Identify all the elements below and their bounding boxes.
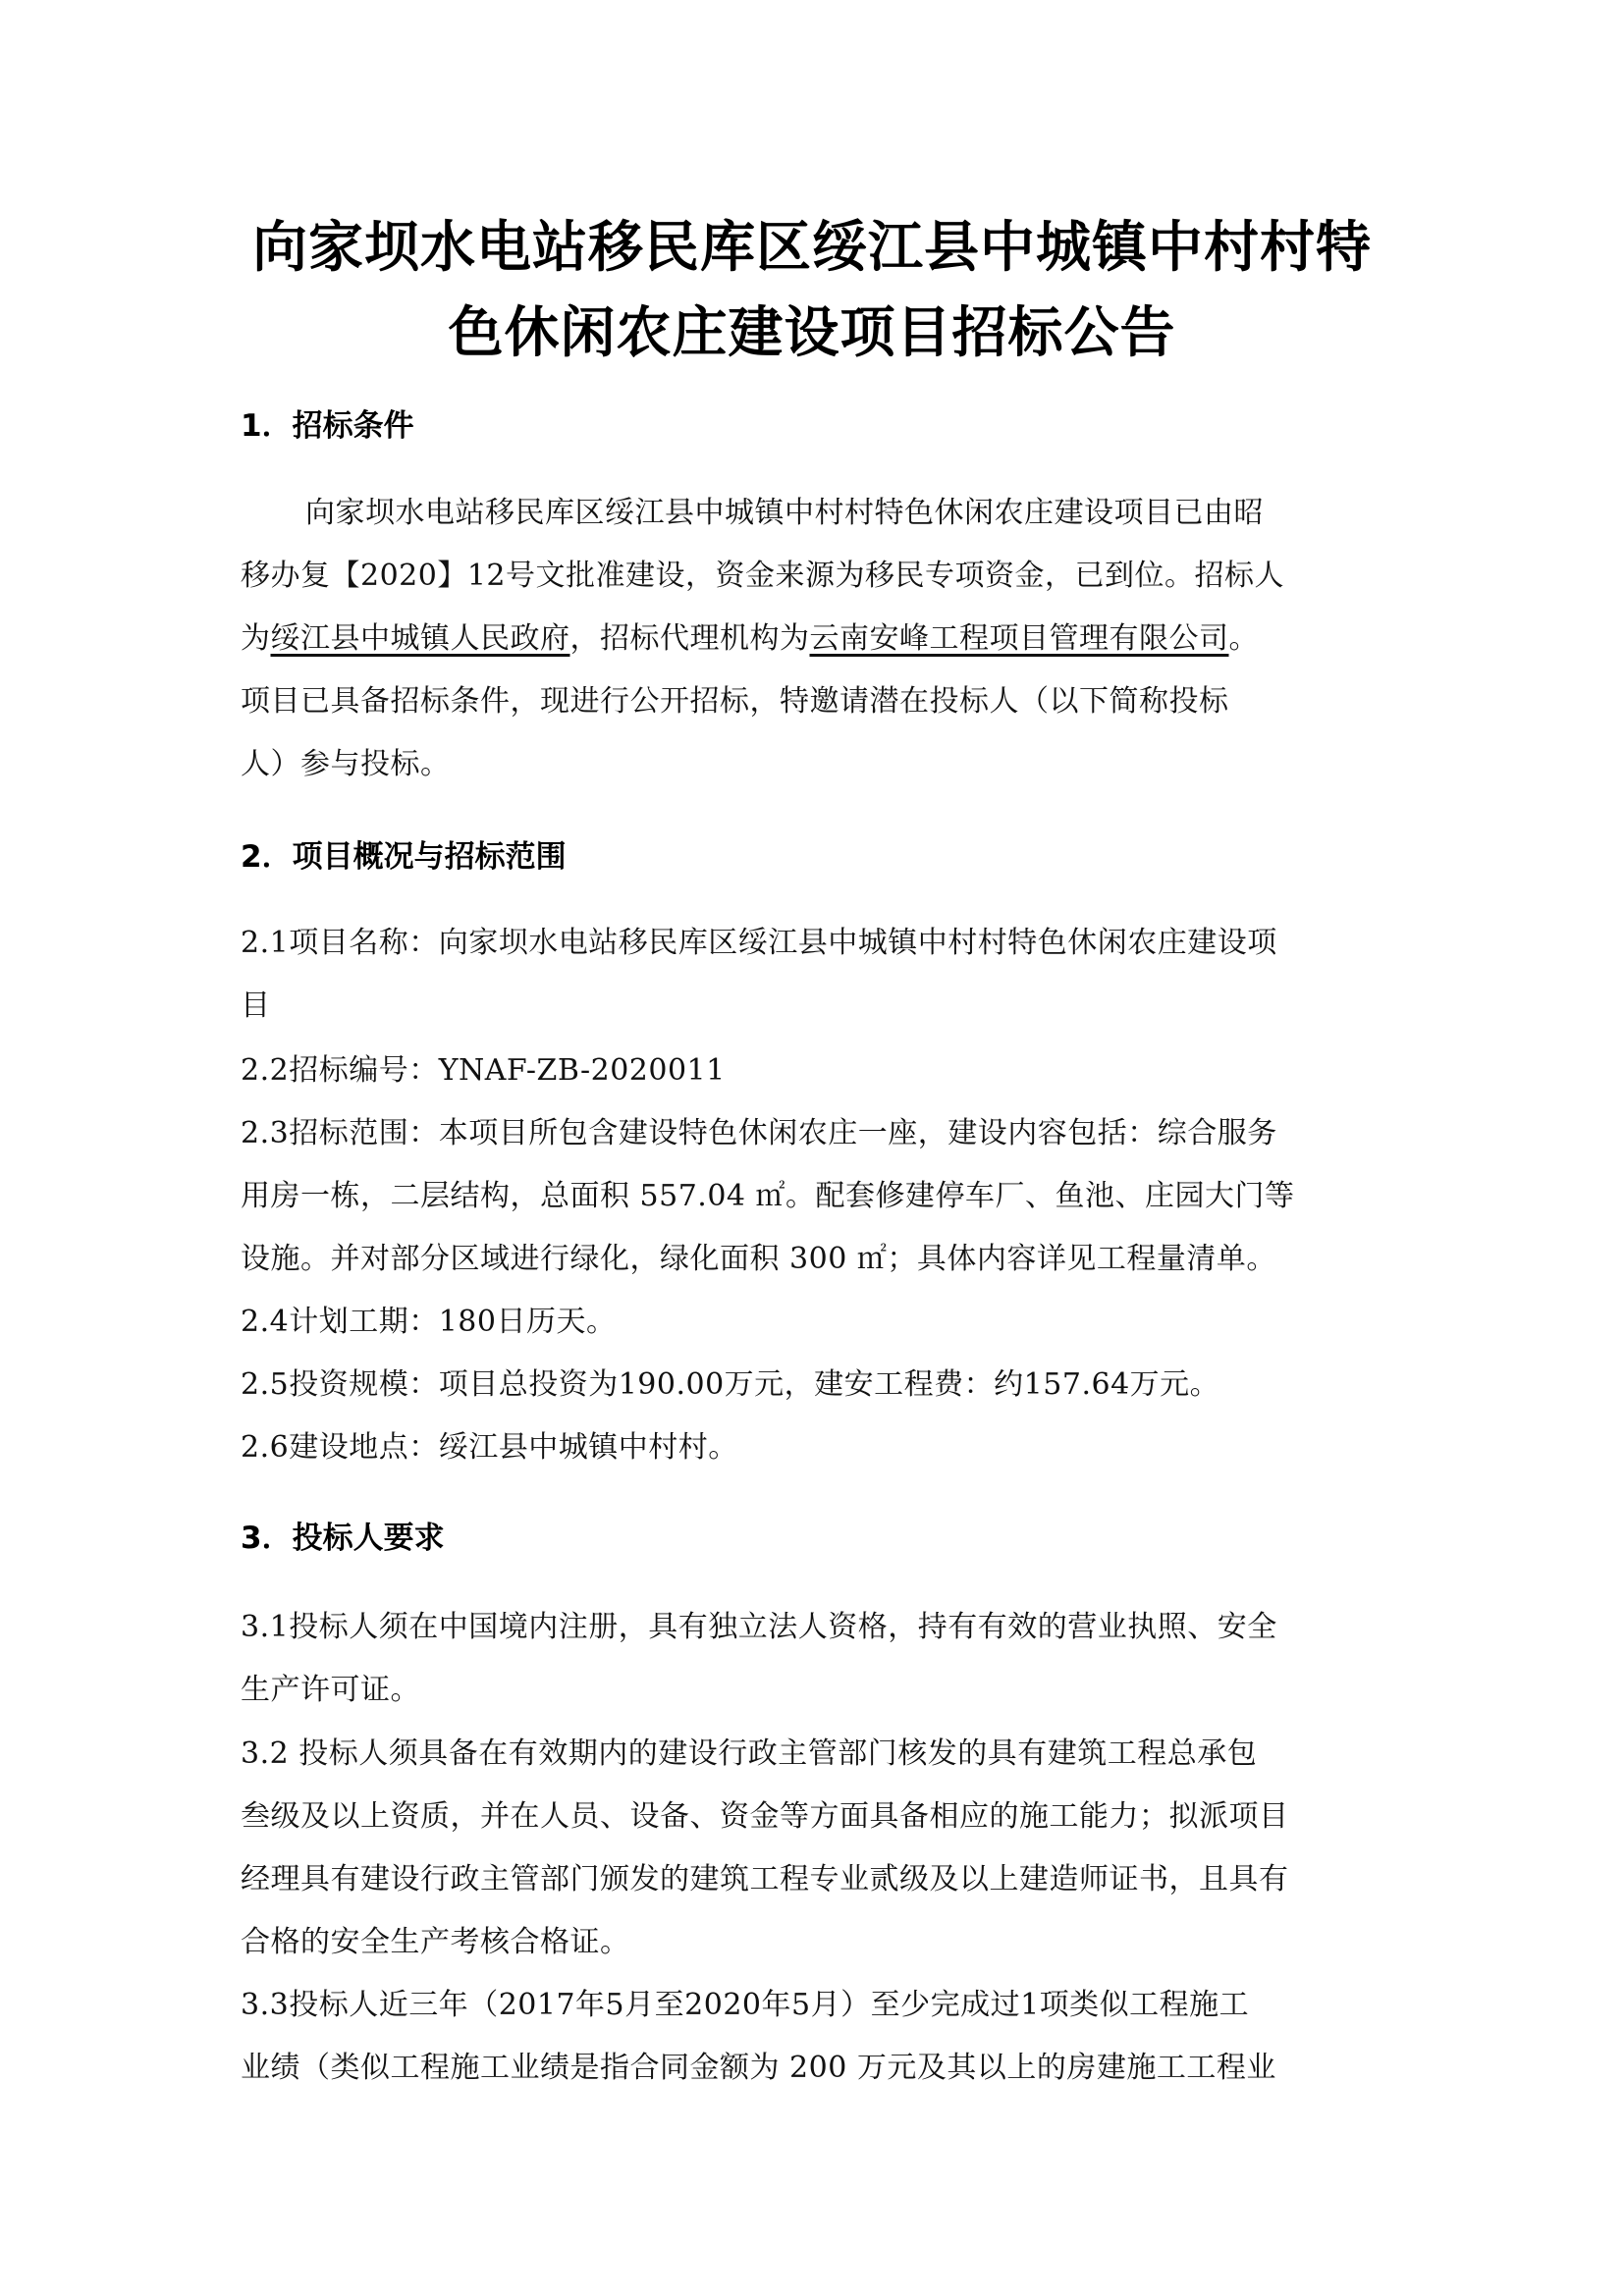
paragraph-line: 项目已具备招标条件，现进行公开招标，特邀请潜在投标人（以下简称投标 — [241, 676, 1229, 720]
paragraph-line: 业绩（类似工程施工业绩是指合同金额为 200 万元及其以上的房建施工工程业 — [241, 2043, 1276, 2086]
paragraph-line: 目 — [241, 981, 271, 1024]
document-title-line-2: 色休闲农庄建设项目招标公告 — [0, 290, 1624, 368]
paragraph-line: 生产许可证。 — [241, 1665, 420, 1708]
paragraph-line: 3.3投标人近三年（2017年5月至2020年5月）至少完成过1项类似工程施工 — [241, 1980, 1249, 2023]
section-heading-bidder-requirements: 3．投标人要求 — [241, 1513, 445, 1557]
tender-agent-name: 云南安峰工程项目管理有限公司 — [810, 621, 1229, 656]
paragraph-line: 为绥江县中城镇人民政府，招标代理机构为云南安峰工程项目管理有限公司。 — [241, 614, 1259, 657]
paragraph-line: 2.1项目名称：向家坝水电站移民库区绥江县中城镇中村村特色休闲农庄建设项 — [241, 918, 1277, 961]
text-segment: 为 — [241, 621, 271, 656]
paragraph-line: 2.5投资规模：项目总投资为190.00万元，建安工程费：约157.64万元。 — [241, 1360, 1219, 1403]
document-page: 向家坝水电站移民库区绥江县中城镇中村村特 色休闲农庄建设项目招标公告 1．招标条… — [0, 0, 1624, 2296]
paragraph-line: 2.6建设地点：绥江县中城镇中村村。 — [241, 1422, 738, 1466]
paragraph-line: 叁级及以上资质，并在人员、设备、资金等方面具备相应的施工能力；拟派项目 — [241, 1791, 1289, 1835]
section-heading-project-overview: 2．项目概况与招标范围 — [241, 831, 567, 876]
paragraph-line: 3.2 投标人须具备在有效期内的建设行政主管部门核发的具有建筑工程总承包 — [241, 1729, 1257, 1772]
text-segment: 。 — [1229, 621, 1260, 656]
section-heading-tender-conditions: 1．招标条件 — [241, 400, 414, 445]
paragraph-line: 合格的安全生产考核合格证。 — [241, 1917, 630, 1960]
paragraph-line: 经理具有建设行政主管部门颁发的建筑工程专业贰级及以上建造师证书，且具有 — [241, 1854, 1289, 1897]
paragraph-line: 2.4计划工期：180日历天。 — [241, 1297, 616, 1340]
paragraph-line: 2.2招标编号：YNAF-ZB-2020011 — [241, 1045, 726, 1089]
paragraph-line: 用房一栋，二层结构，总面积 557.04 ㎡。配套修建停车厂、鱼池、庄园大门等 — [241, 1171, 1295, 1214]
paragraph-line: 设施。并对部分区域进行绿化，绿化面积 300 ㎡；具体内容详见工程量清单。 — [241, 1234, 1276, 1277]
paragraph-line: 人）参与投标。 — [241, 739, 451, 782]
tenderer-name: 绥江县中城镇人民政府 — [271, 621, 570, 656]
paragraph-line: 移办复【2020】12号文批准建设，资金来源为移民专项资金，已到位。招标人 — [241, 551, 1284, 594]
document-title-line-1: 向家坝水电站移民库区绥江县中城镇中村村特 — [0, 204, 1624, 283]
text-segment: ，招标代理机构为 — [570, 621, 810, 656]
paragraph-line: 3.1投标人须在中国境内注册，具有独立法人资格，持有有效的营业执照、安全 — [241, 1602, 1277, 1645]
paragraph-line: 2.3招标范围：本项目所包含建设特色休闲农庄一座，建设内容包括：综合服务 — [241, 1108, 1277, 1151]
paragraph-line: 向家坝水电站移民库区绥江县中城镇中村村特色休闲农庄建设项目已由昭 — [305, 488, 1264, 531]
